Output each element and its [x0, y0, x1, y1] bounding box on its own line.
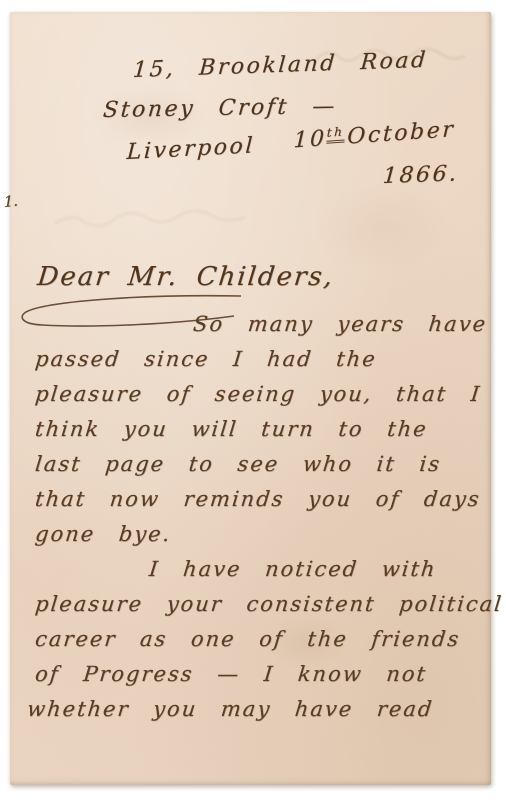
- letter-line: gone bye.: [34, 522, 173, 546]
- place-name: Liverpool: [126, 133, 256, 165]
- date-year: 1866.: [382, 161, 459, 189]
- letter-line: of Progress — I know not: [34, 662, 428, 686]
- letter-line: pleasure your consistent political: [34, 592, 504, 616]
- ink-bleedthrough: [50, 202, 270, 242]
- letter-line: that now reminds you of days: [34, 487, 482, 511]
- letter-line: whether you may have read: [26, 697, 435, 721]
- address-line-2: Stoney Croft —: [102, 94, 338, 123]
- letter-line: career as one of the friends: [34, 627, 462, 651]
- date-day: 10: [293, 126, 327, 153]
- date-ordinal-suffix: th: [326, 125, 344, 144]
- letter-photograph: 1. 15, Brookland Road Stoney Croft — Liv…: [0, 0, 506, 800]
- date-line: 10thOctober: [293, 117, 456, 154]
- letter-line: I have noticed with: [148, 557, 438, 581]
- margin-note: 1.: [3, 192, 18, 211]
- salutation: Dear Mr. Childers,: [36, 262, 336, 292]
- address-line-1: 15, Brookland Road: [132, 48, 429, 83]
- date-month: October: [347, 117, 456, 149]
- letter-line: think you will turn to the: [34, 417, 429, 441]
- letter-line: pleasure of seeing you, that I: [34, 382, 482, 406]
- paper-stain: [310, 182, 450, 272]
- letter-page: 1. 15, Brookland Road Stoney Croft — Liv…: [10, 12, 491, 785]
- letter-line: So many years have: [192, 312, 488, 336]
- letter-line: last page to see who it is: [34, 452, 442, 476]
- letter-line: passed since I had the: [34, 347, 378, 371]
